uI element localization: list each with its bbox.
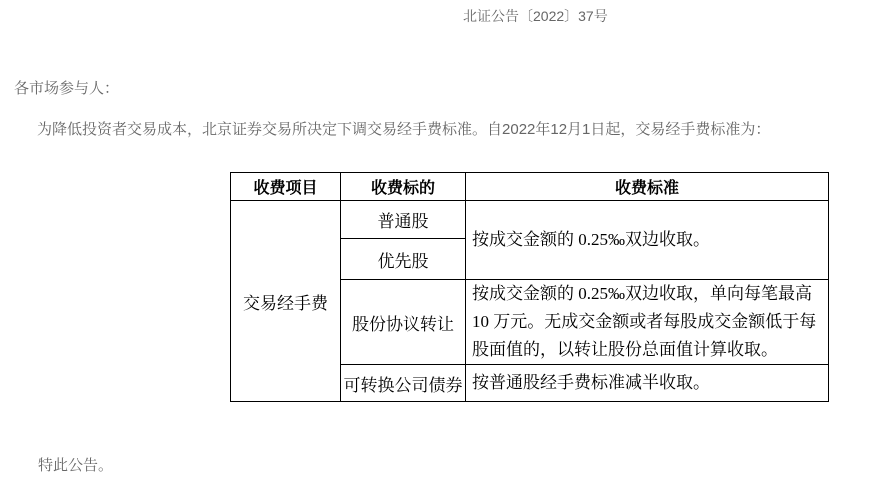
body-paragraph: 为降低投资者交易成本，北京证券交易所决定下调交易经手费标准。自2022年12月1…: [14, 120, 874, 140]
target-convertible-bond: 可转换公司债券: [341, 365, 466, 402]
target-common-stock: 普通股: [341, 201, 466, 239]
announcement-page: 北证公告〔2022〕37号 各市场参与人： 为降低投资者交易成本，北京证券交易所…: [0, 0, 888, 488]
header-fee-standard: 收费标准: [466, 173, 829, 201]
target-preferred-stock: 优先股: [341, 239, 466, 280]
standard-convertible-bond: 按普通股经手费标准减半收取。: [466, 365, 829, 402]
header-fee-item: 收费项目: [231, 173, 341, 201]
table-header-row: 收费项目 收费标的 收费标准: [231, 173, 829, 201]
standard-common-preferred: 按成交金额的 0.25‰双边收取。: [466, 201, 829, 280]
fee-table: 收费项目 收费标的 收费标准 交易经手费 普通股 按成交金额的 0.25‰双边收…: [230, 172, 829, 402]
standard-agreement-transfer: 按成交金额的 0.25‰双边收取，单向每笔最高 10 万元。无成交金额或者每股成…: [466, 280, 829, 365]
closing: 特此公告。: [38, 456, 113, 476]
header-fee-target: 收费标的: [341, 173, 466, 201]
fee-item-cell: 交易经手费: [231, 201, 341, 402]
table-row-common-stock: 交易经手费 普通股 按成交金额的 0.25‰双边收取。: [231, 201, 829, 239]
doc-number: 北证公告〔2022〕37号: [463, 7, 608, 26]
salutation: 各市场参与人：: [14, 79, 119, 99]
target-agreement-transfer: 股份协议转让: [341, 280, 466, 365]
